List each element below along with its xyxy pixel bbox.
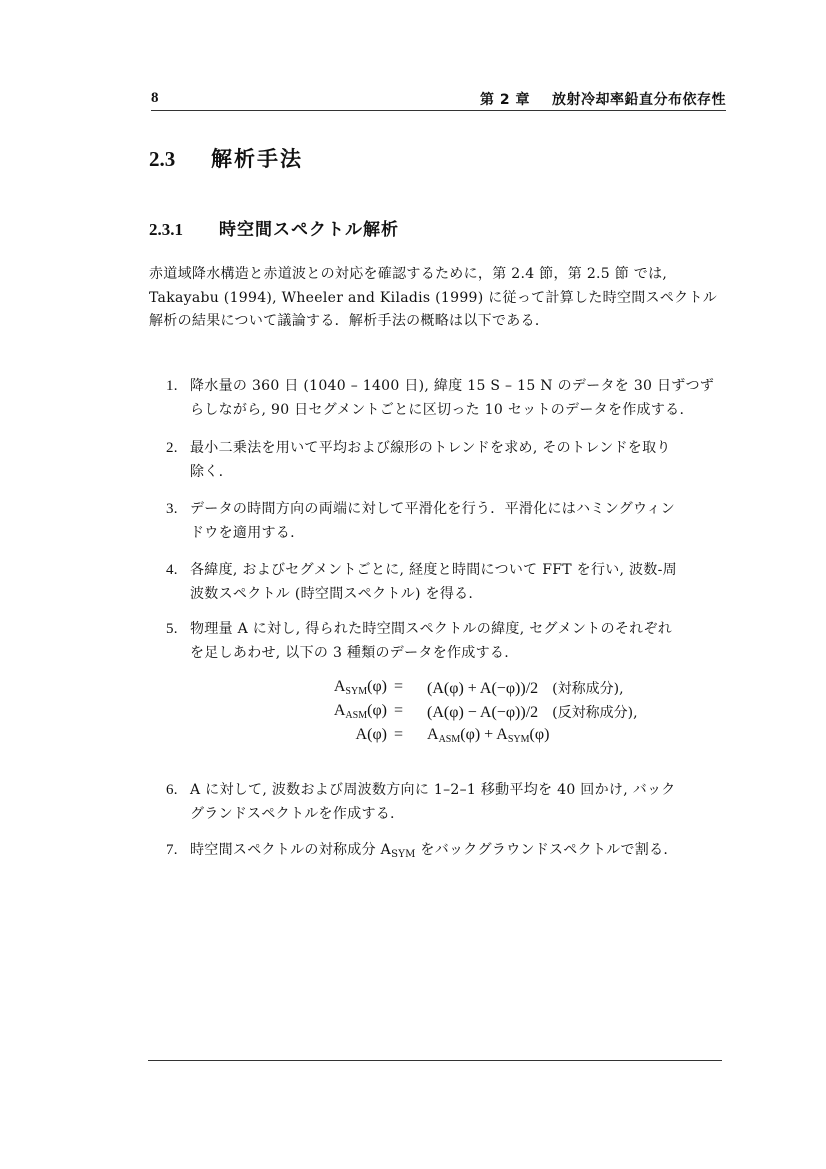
list-item-text: 各緯度, およびセグメントごとに, 経度と時間について FFT を行い, 波数-… <box>190 559 735 606</box>
page-header: 8 第 2 章放射冷却率鉛直分布依存性 <box>151 88 726 111</box>
equation-rhs: (A(φ) − A(−φ))/2(反対称成分), <box>427 702 638 722</box>
section-number: 2.3 <box>149 147 211 172</box>
paragraph-line: 赤道域降水構造と赤道波との対応を確認するために，第 2.4 節，第 2.5 節 … <box>149 263 729 287</box>
equals-sign: = <box>394 702 403 720</box>
list-item-line: 除く. <box>190 461 735 485</box>
list-item-line: 物理量 A に対し, 得られた時空間スペクトルの緯度, セグメントのそれぞれ <box>190 618 735 642</box>
equation-row: AASM(φ) = (A(φ) − A(−φ))/2(反対称成分), <box>270 702 670 726</box>
subsection-number: 2.3.1 <box>149 220 219 240</box>
intro-paragraph: 赤道域降水構造と赤道波との対応を確認するために，第 2.4 節，第 2.5 節 … <box>149 263 729 334</box>
equation-row: ASYM(φ) = (A(φ) + A(−φ))/2(対称成分), <box>270 678 670 702</box>
list-marker: 2. <box>166 437 178 461</box>
equation-note: (反対称成分), <box>552 705 637 721</box>
list-item-text: データの時間方向の両端に対して平滑化を行う．平滑化にはハミングウィン ドウを適用… <box>190 498 735 545</box>
list-item-text: 降水量の 360 日 (1040 – 1400 日), 緯度 15 S – 15… <box>190 375 735 422</box>
section-title: 解析手法 <box>211 147 303 171</box>
list-item-text: 最小二乗法を用いて平均および線形のトレンドを求め, そのトレンドを取り 除く. <box>190 437 735 484</box>
list-marker: 7. <box>166 839 178 863</box>
list-item-line: を足しあわせ, 以下の 3 種類のデータを作成する. <box>190 642 735 666</box>
list-item-line: A に対して, 波数および周波数方向に 1–2–1 移動平均を 40 回かけ, … <box>190 779 735 803</box>
list-marker: 3. <box>166 498 178 522</box>
list-item-line: グランドスペクトルを作成する. <box>190 803 735 827</box>
footer-rule <box>148 1060 722 1061</box>
list-item-line: データの時間方向の両端に対して平滑化を行う．平滑化にはハミングウィン <box>190 498 735 522</box>
list-marker: 4. <box>166 559 178 583</box>
list-item-line: ドウを適用する. <box>190 522 735 546</box>
chapter-title: 放射冷却率鉛直分布依存性 <box>552 92 726 108</box>
list-marker: 1. <box>166 375 178 399</box>
equation-lhs: A(φ) <box>356 726 387 744</box>
equation-lhs: AASM(φ) <box>334 702 387 721</box>
list-marker: 6. <box>166 779 178 803</box>
equation-rhs: (A(φ) + A(−φ))/2(対称成分), <box>427 678 624 698</box>
paragraph-line: 解析の結果について議論する．解析手法の概略は以下である． <box>149 310 729 334</box>
equals-sign: = <box>394 678 403 696</box>
list-item-line: 波数スペクトル (時空間スペクトル) を得る. <box>190 583 735 607</box>
list-item-text: 物理量 A に対し, 得られた時空間スペクトルの緯度, セグメントのそれぞれ を… <box>190 618 735 665</box>
section-heading: 2.3解析手法 <box>149 143 303 173</box>
list-item-line: 最小二乗法を用いて平均および線形のトレンドを求め, そのトレンドを取り <box>190 437 735 461</box>
subsection-heading: 2.3.1時空間スペクトル解析 <box>149 215 399 240</box>
list-item-text: 時空間スペクトルの対称成分 ASYM をバックグラウンドスペクトルで割る. <box>190 839 735 867</box>
equation-block: ASYM(φ) = (A(φ) + A(−φ))/2(対称成分), AASM(φ… <box>270 678 670 750</box>
equation-rhs: AASM(φ) + ASYM(φ) <box>427 726 549 745</box>
equation-lhs: ASYM(φ) <box>334 678 387 697</box>
running-head: 第 2 章放射冷却率鉛直分布依存性 <box>480 89 726 109</box>
chapter-label: 第 2 章 <box>480 92 530 108</box>
paragraph-line: Takayabu (1994), Wheeler and Kiladis (19… <box>149 287 729 311</box>
list-item-line: 各緯度, およびセグメントごとに, 経度と時間について FFT を行い, 波数-… <box>190 559 735 583</box>
list-item-line: らしながら, 90 日セグメントごとに区切った 10 セットのデータを作成する. <box>190 399 735 423</box>
list-marker: 5. <box>166 618 178 642</box>
equation-note: (対称成分), <box>552 681 623 697</box>
equals-sign: = <box>394 726 403 744</box>
subsection-title: 時空間スペクトル解析 <box>219 220 399 240</box>
list-item-line: 降水量の 360 日 (1040 – 1400 日), 緯度 15 S – 15… <box>190 375 735 399</box>
list-item-text: A に対して, 波数および周波数方向に 1–2–1 移動平均を 40 回かけ, … <box>190 779 735 826</box>
page-number: 8 <box>151 90 159 107</box>
list-item-line: 時空間スペクトルの対称成分 ASYM をバックグラウンドスペクトルで割る. <box>190 839 735 867</box>
equation-row: A(φ) = AASM(φ) + ASYM(φ) <box>270 726 670 750</box>
